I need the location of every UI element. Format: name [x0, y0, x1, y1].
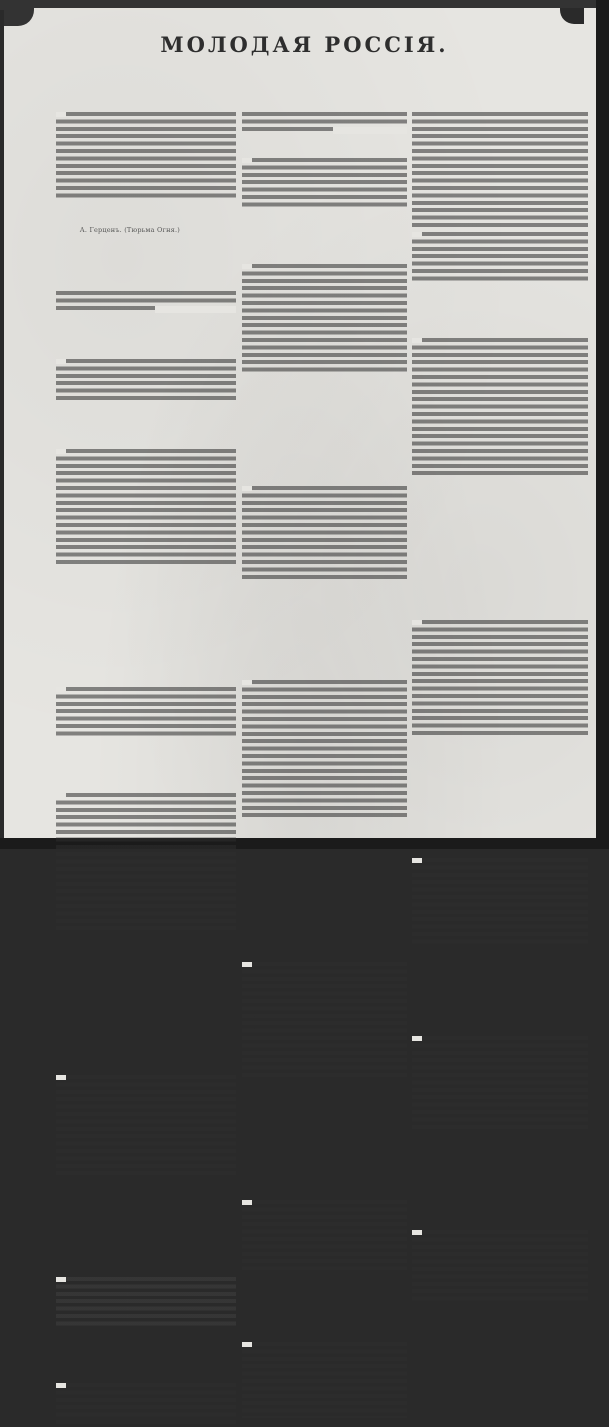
column-middle [242, 0, 407, 684]
paragraph [56, 793, 236, 849]
column-left [56, 0, 236, 661]
epigraph-text [56, 112, 236, 201]
column-right [412, 0, 588, 568]
paragraph [242, 680, 407, 820]
paragraph [56, 359, 236, 403]
epigraph-signature: А. Герценъ. (Тюрьма Огня.) [40, 226, 180, 234]
paragraph [412, 232, 588, 284]
scan-border-right [596, 0, 609, 849]
paragraph [56, 449, 236, 567]
paragraph [242, 486, 407, 582]
paragraph [242, 112, 407, 134]
paragraph [242, 264, 407, 374]
paragraph [412, 338, 588, 478]
paragraph [412, 112, 588, 230]
paragraph [412, 620, 588, 738]
paragraph [56, 687, 236, 739]
paragraph [242, 158, 407, 210]
epigraph-text [56, 291, 236, 313]
